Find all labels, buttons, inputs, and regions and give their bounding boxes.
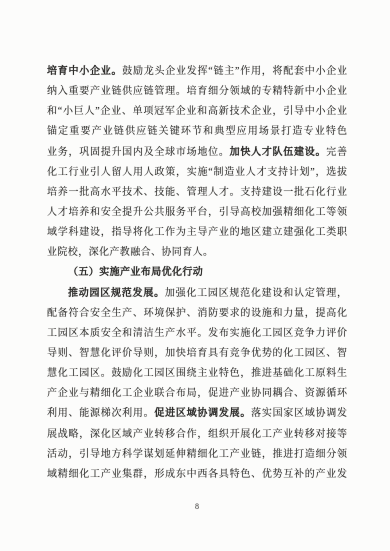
text-segment: 鼓励龙头企业发挥“链主”作用，将配套中小企业 — [122, 66, 347, 77]
text-segment: 培育中小企业。 — [47, 66, 122, 77]
section-heading: （五）实施产业布局优化行动 — [47, 263, 347, 283]
page-number: 8 — [47, 501, 347, 513]
text-segment: 活动，引导地方科学谋划延伸精细化工产业链，推进打造细分领 — [47, 449, 347, 460]
text-segment: 导则、智慧化评价导则，加快培育具有竞争优势的化工园区、智 — [47, 348, 347, 359]
text-line: 域精细化工产业集群，形成东中西各具特色、优势互补的产业发 — [47, 465, 347, 485]
text-line: 域学科建设，指导将化工作为主导产业的地区建立建强化工类职 — [47, 223, 347, 243]
text-line: 导则、智慧化评价导则，加快培育具有竞争优势的化工园区、智 — [47, 344, 347, 364]
text-line: 展战略，深化区域产业转移合作，组织开展化工产业转移对接等 — [47, 425, 347, 445]
text-line: 和“小巨人”企业、单项冠军企业和高新技术企业，引导中小企业 — [47, 102, 347, 122]
text-line: 人才培养和安全提升公共服务平台，引导高校加强精细化工等领 — [47, 203, 347, 223]
text-segment: 域学科建设，指导将化工作为主导产业的地区建立建强化工类职 — [47, 227, 347, 238]
text-segment: 落实国家区域协调发 — [251, 408, 347, 419]
text-segment: 加快人才队伍建设。 — [230, 147, 327, 158]
text-line: 产企业与精细化工企业联合布局，促进产业协同耦合、资源循环 — [47, 384, 347, 404]
text-segment: 培养一批高水平技术、技能、管理人才。支持建设一批石化行业 — [47, 187, 347, 198]
text-line: 工园区本质安全和清洁生产水平。发布实施化工园区竞争力评价 — [47, 324, 347, 344]
text-segment: 展战略，深化区域产业转移合作，组织开展化工产业转移对接等 — [47, 429, 347, 440]
text-line: 推动园区规范发展。加强化工园区规范化建设和认定管理， — [47, 284, 347, 304]
text-segment: 配备符合安全生产、环境保护、消防要求的设施和力量，提高化 — [47, 308, 347, 319]
text-segment: 工园区本质安全和清洁生产水平。发布实施化工园区竞争力评价 — [47, 328, 347, 339]
text-segment: 利用、能源梯次利用。 — [47, 408, 154, 419]
text-segment: 推动园区规范发展。 — [68, 288, 165, 299]
text-line: 业务，巩固提升国内及全球市场地位。加快人才队伍建设。完善 — [47, 143, 347, 163]
text-segment: 加强化工园区规范化建设和认定管理， — [165, 288, 347, 299]
text-segment: 完善 — [326, 147, 347, 158]
document-page: 培育中小企业。鼓励龙头企业发挥“链主”作用，将配套中小企业纳入重要产业链供应链管… — [0, 0, 390, 551]
text-line: 活动，引导地方科学谋划延伸精细化工产业链，推进打造细分领 — [47, 445, 347, 465]
text-line: 慧化工园区。鼓励化工园区围绕主业特色，推进基础化工原料生 — [47, 364, 347, 384]
text-line: 培育中小企业。鼓励龙头企业发挥“链主”作用，将配套中小企业 — [47, 62, 347, 82]
text-segment: 人才培养和安全提升公共服务平台，引导高校加强精细化工等领 — [47, 207, 347, 218]
text-segment: 产企业与精细化工企业联合布局，促进产业协同耦合、资源循环 — [47, 388, 347, 399]
text-line: 锚定重要产业链供应链关键环节和典型应用场景打造专业特色 — [47, 122, 347, 142]
text-line: 配备符合安全生产、环境保护、消防要求的设施和力量，提高化 — [47, 304, 347, 324]
text-segment: 域精细化工产业集群，形成东中西各具特色、优势互补的产业发 — [47, 469, 347, 480]
text-segment: 业院校，深化产教融合、协同育人。 — [47, 247, 213, 258]
text-segment: 促进区域协调发展。 — [154, 408, 251, 419]
text-segment: 化工行业引人留人用人政策，实施“制造业人才支持计划”，选拔 — [47, 167, 347, 178]
text-line: 利用、能源梯次利用。促进区域协调发展。落实国家区域协调发 — [47, 404, 347, 424]
text-segment: 业务，巩固提升国内及全球市场地位。 — [47, 147, 230, 158]
text-line: 培养一批高水平技术、技能、管理人才。支持建设一批石化行业 — [47, 183, 347, 203]
text-segment: 和“小巨人”企业、单项冠军企业和高新技术企业，引导中小企业 — [47, 106, 347, 117]
text-line: 业院校，深化产教融合、协同育人。 — [47, 243, 347, 263]
text-segment: 慧化工园区。鼓励化工园区围绕主业特色，推进基础化工原料生 — [47, 368, 347, 379]
text-segment: 纳入重要产业链供应链管理。培育细分领域的专精特新中小企业 — [47, 86, 347, 97]
text-segment: （五）实施产业布局优化行动 — [68, 267, 203, 278]
text-line: 化工行业引人留人用人政策，实施“制造业人才支持计划”，选拔 — [47, 163, 347, 183]
text-segment: 锚定重要产业链供应链关键环节和典型应用场景打造专业特色 — [47, 126, 347, 137]
document-body: 培育中小企业。鼓励龙头企业发挥“链主”作用，将配套中小企业纳入重要产业链供应链管… — [47, 62, 347, 485]
text-line: 纳入重要产业链供应链管理。培育细分领域的专精特新中小企业 — [47, 82, 347, 102]
